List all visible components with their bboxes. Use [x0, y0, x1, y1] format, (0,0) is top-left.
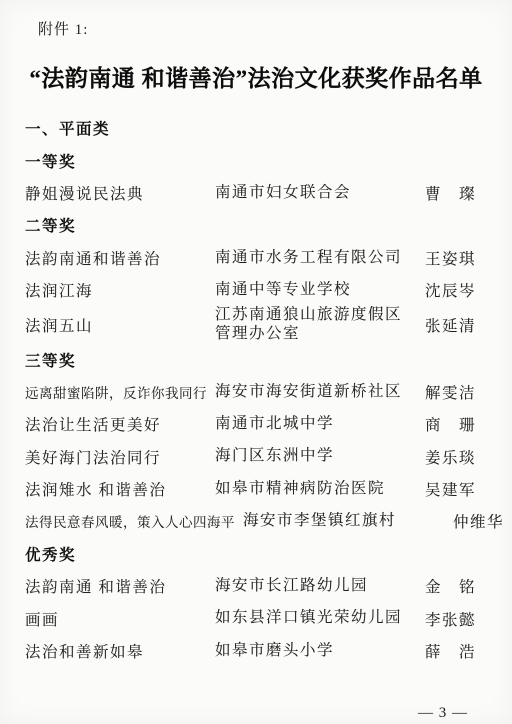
page-number: — 3 —: [0, 705, 468, 722]
work-title-cell: 法治和善新如皋: [25, 640, 215, 662]
award-heading: 二等奖: [25, 209, 497, 241]
organization-cell: 江苏南通狼山旅游度假区管理办公室: [215, 306, 415, 343]
work-title-cell: 静姐漫说民法典: [25, 182, 215, 204]
author-name-cell: 金 铭: [425, 575, 476, 597]
organization-cell: 海安市长江路幼儿园: [215, 577, 415, 596]
work-title-cell: 画画: [25, 608, 215, 630]
author-name-cell: 仲维华: [453, 510, 504, 532]
page-title: “法韵南通 和谐善治”法治文化获奖作品名单: [0, 60, 512, 93]
section-heading: 一、平面类: [25, 112, 497, 144]
award-heading: 一等奖: [25, 144, 497, 176]
author-name-cell: 李张懿: [425, 608, 476, 630]
organization-cell: 海安市海安街道新桥社区: [215, 383, 415, 402]
author-name-cell: 沈辰岑: [425, 279, 476, 301]
document-page: 附件 1: “法韵南通 和谐善治”法治文化获奖作品名单 一、平面类 一等奖静姐漫…: [0, 0, 512, 724]
work-title-cell: 法润五山: [25, 314, 215, 336]
author-name-cell: 张延清: [425, 314, 476, 336]
award-heading: 优秀奖: [25, 538, 497, 570]
table-row: 美好海门法治同行海门区东洲中学姜乐琰: [25, 441, 497, 473]
table-row: 法润江海南通中等专业学校沈辰岑: [25, 274, 497, 306]
table-row: 法治和善新如皋如皋市磨头小学薛 浩: [25, 635, 497, 667]
work-title-cell: 法韵南通和谐善治: [25, 247, 215, 269]
organization-cell: 如东县洋口镇光荣幼儿园: [215, 609, 415, 628]
table-row: 法韵南通 和谐善治海安市长江路幼儿园金 铭: [25, 570, 497, 602]
work-title-cell: 远离甜蜜陷阱，反诈你我同行: [25, 382, 215, 402]
author-name-cell: 解雯洁: [425, 381, 476, 403]
table-row: 法韵南通和谐善治南通市水务工程有限公司王姿琪: [25, 242, 497, 274]
table-row: 静姐漫说民法典南通市妇女联合会曹 璨: [25, 177, 497, 209]
organization-cell: 南通市北城中学: [215, 415, 415, 434]
table-row: 远离甜蜜陷阱，反诈你我同行海安市海安街道新桥社区解雯洁: [25, 376, 497, 408]
organization-cell: 如皋市磨头小学: [215, 642, 415, 661]
table-row: 画画如东县洋口镇光荣幼儿园李张懿: [25, 602, 497, 634]
work-title-cell: 法润雉水 和谐善治: [25, 478, 215, 500]
table-row: 法润五山江苏南通狼山旅游度假区管理办公室张延清: [25, 306, 497, 343]
organization-cell: 南通市妇女联合会: [215, 184, 415, 203]
work-title-cell: 法润江海: [25, 279, 215, 301]
attachment-label: 附件 1:: [38, 18, 512, 39]
author-name-cell: 王姿琪: [425, 247, 476, 269]
organization-cell: 海门区东洲中学: [215, 447, 415, 466]
work-title-cell: 美好海门法治同行: [25, 446, 215, 468]
organization-cell: 南通市水务工程有限公司: [215, 249, 415, 268]
table-row: 法润雉水 和谐善治如皋市精神病防治医院吴建军: [25, 473, 497, 505]
work-title-cell: 法得民意春风暖，策入人心四海平: [25, 511, 243, 531]
author-name-cell: 薛 浩: [425, 640, 476, 662]
organization-cell: 如皋市精神病防治医院: [215, 480, 415, 499]
author-name-cell: 吴建军: [425, 478, 476, 500]
organization-cell: 海安市李堡镇红旗村: [243, 512, 443, 531]
work-title-cell: 法韵南通 和谐善治: [25, 575, 215, 597]
award-groups: 一等奖静姐漫说民法典南通市妇女联合会曹 璨二等奖法韵南通和谐善治南通市水务工程有…: [25, 144, 497, 667]
award-list: 一、平面类 一等奖静姐漫说民法典南通市妇女联合会曹 璨二等奖法韵南通和谐善治南通…: [25, 112, 497, 667]
author-name-cell: 姜乐琰: [425, 446, 476, 468]
author-name-cell: 商 珊: [425, 413, 476, 435]
work-title-cell: 法治让生活更美好: [25, 413, 215, 435]
author-name-cell: 曹 璨: [425, 182, 476, 204]
table-row: 法治让生活更美好南通市北城中学商 珊: [25, 408, 497, 440]
award-heading: 三等奖: [25, 343, 497, 375]
table-row: 法得民意春风暖，策入人心四海平海安市李堡镇红旗村仲维华: [25, 505, 497, 537]
organization-cell: 南通中等专业学校: [215, 281, 415, 300]
